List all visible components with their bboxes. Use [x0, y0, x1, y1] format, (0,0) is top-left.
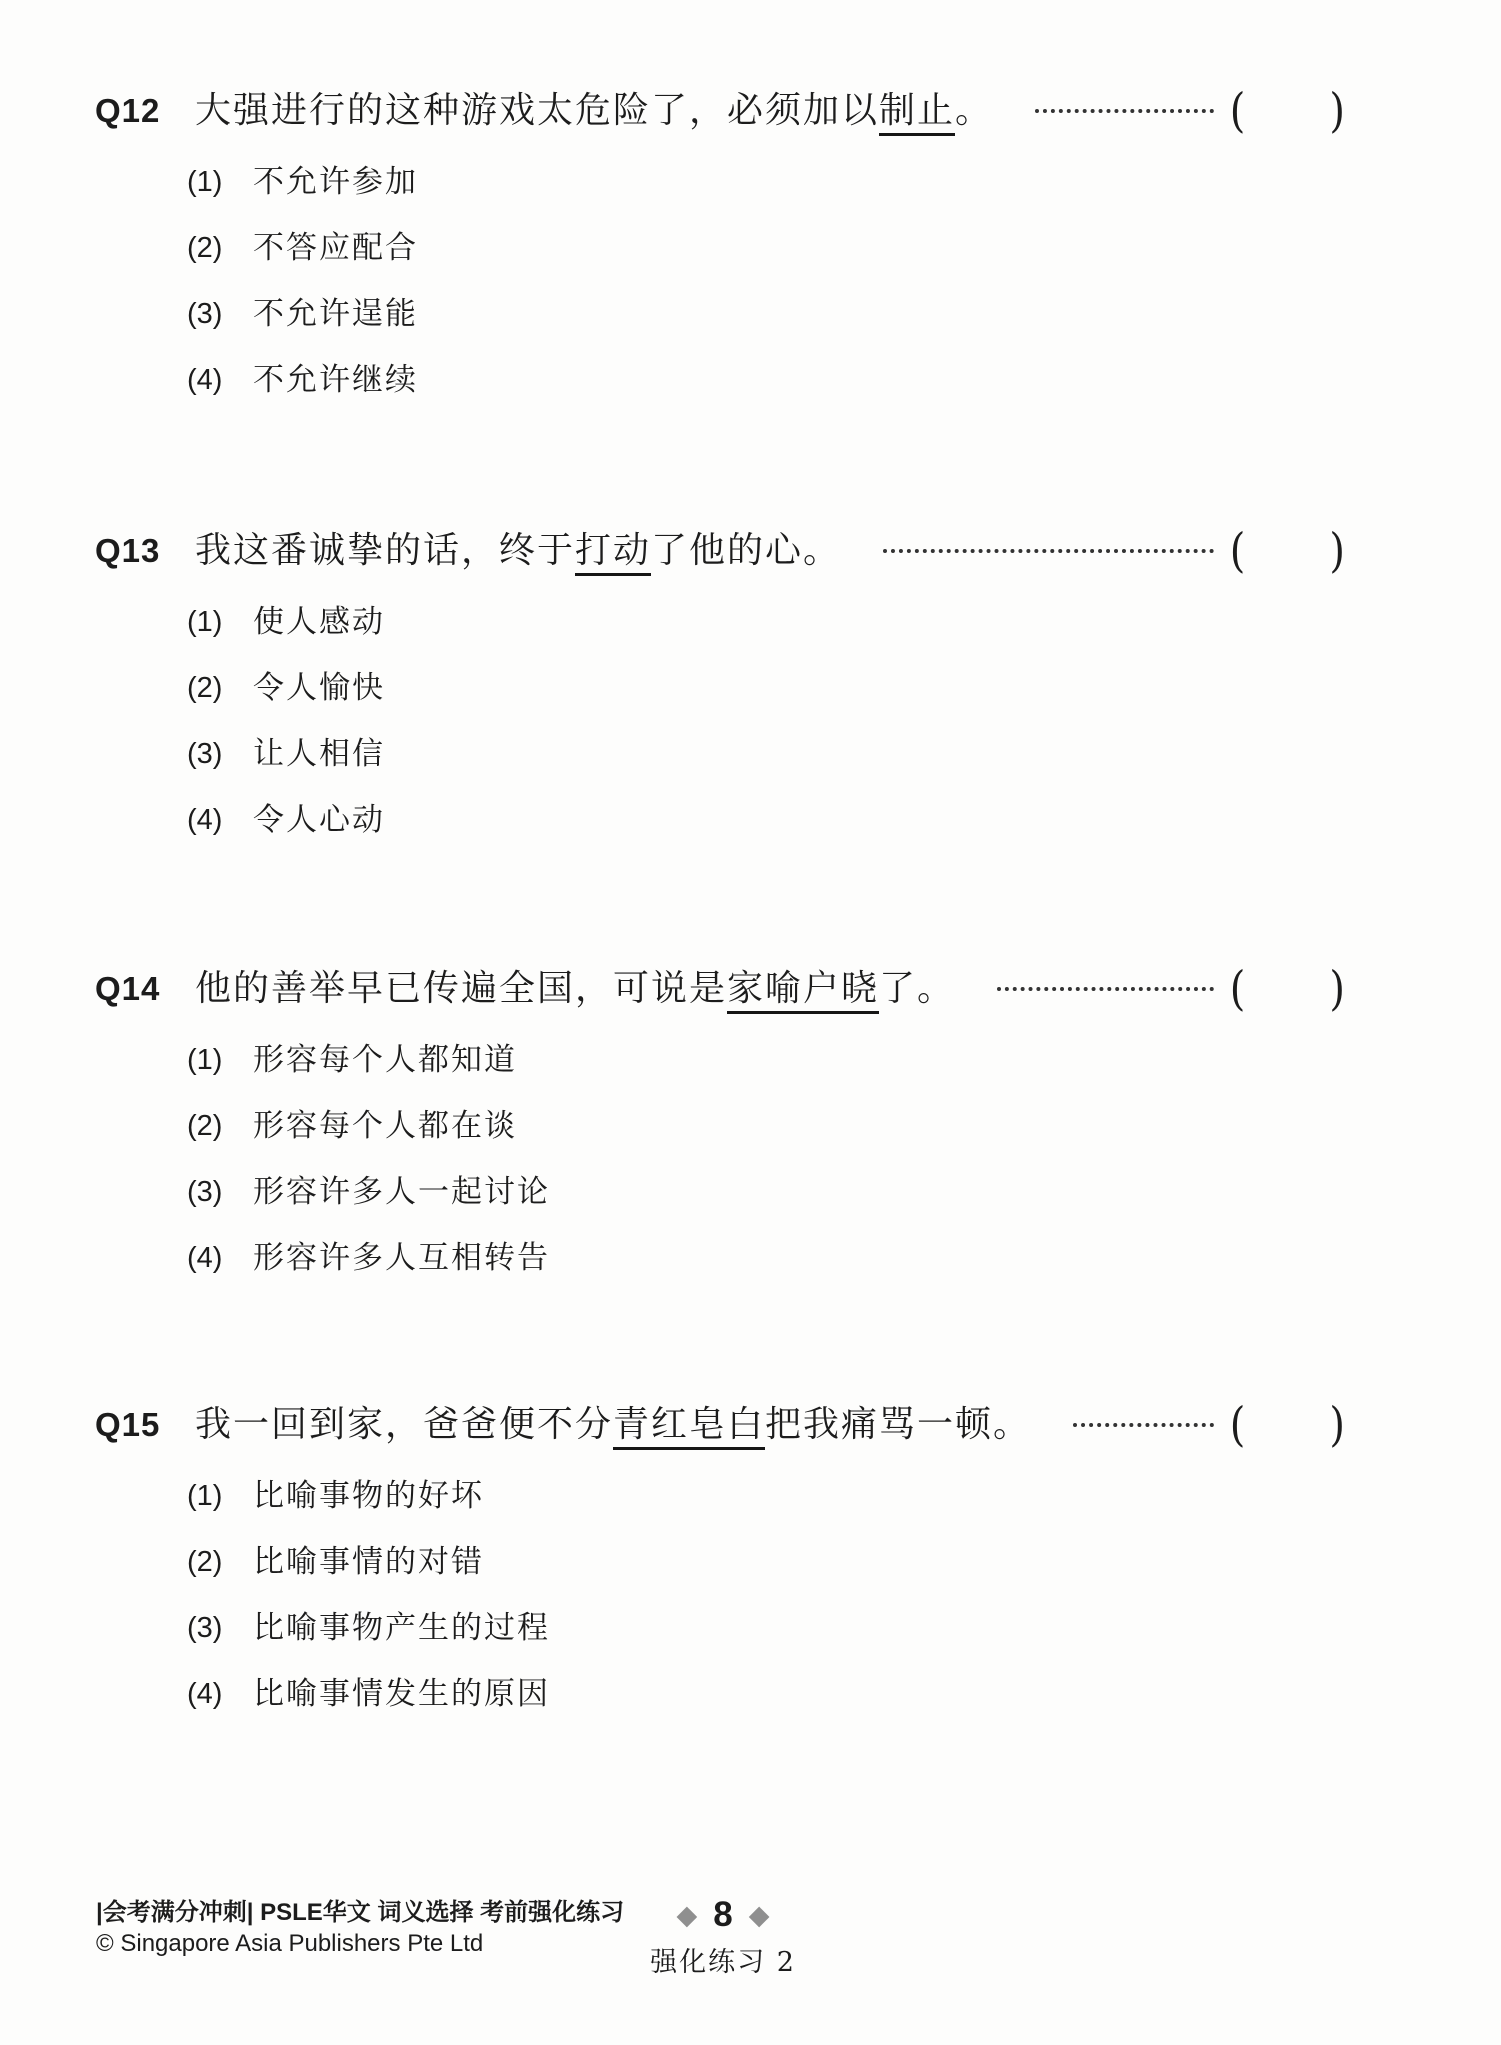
sentence-post: 把我痛骂一顿。	[765, 1404, 1031, 1445]
option-number: (1)	[187, 1040, 253, 1077]
option-number: (4)	[187, 800, 253, 837]
sentence-pre: 他的善举早已传遍全国，可说是	[195, 968, 727, 1009]
sentence-post: 了。	[879, 968, 955, 1009]
underlined-term: 青红皂白	[613, 1404, 765, 1450]
underlined-term: 家喻户晓	[727, 968, 879, 1014]
question-block-q15: Q15 我一回到家，爸爸便不分青红皂白把我痛骂一顿。 () (1)比喻事物的好坏…	[95, 1402, 1345, 1740]
option-number: (4)	[187, 360, 253, 397]
diamond-icon: ◆	[677, 1902, 698, 1929]
option-row: (2)比喻事情的对错	[187, 1542, 1345, 1582]
options-list: (1)形容每个人都知道 (2)形容每个人都在谈 (3)形容许多人一起讨论 (4)…	[95, 1040, 1345, 1278]
option-number: (3)	[187, 1608, 253, 1645]
open-paren: (	[1230, 524, 1246, 578]
options-list: (1)比喻事物的好坏 (2)比喻事情的对错 (3)比喻事物产生的过程 (4)比喻…	[95, 1476, 1345, 1714]
option-text: 令人心动	[253, 800, 385, 840]
option-text: 使人感动	[253, 602, 385, 642]
footer-series-title: |会考满分冲刺| PSLE华文 词义选择 考前强化练习	[96, 1899, 624, 1927]
worksheet-page: Q12 大强进行的这种游戏太危险了，必须加以制止。 () (1)不允许参加 (2…	[0, 0, 1501, 2045]
question-block-q14: Q14 他的善举早已传遍全国，可说是家喻户晓了。 () (1)形容每个人都知道 …	[95, 966, 1345, 1304]
option-number: (1)	[187, 602, 253, 639]
diamond-icon: ◆	[749, 1902, 770, 1929]
answer-slot: ()	[1230, 966, 1345, 1012]
option-text: 形容许多人一起讨论	[253, 1172, 550, 1212]
option-row: (4)比喻事情发生的原因	[187, 1674, 1345, 1714]
answer-slot: ()	[1230, 528, 1345, 574]
option-text: 不答应配合	[253, 228, 418, 268]
option-number: (3)	[187, 1172, 253, 1209]
dot-leader	[997, 987, 1214, 991]
option-text: 形容每个人都知道	[253, 1040, 517, 1080]
option-text: 比喻事情发生的原因	[253, 1674, 550, 1714]
underlined-term: 打动	[575, 530, 651, 576]
option-row: (1)比喻事物的好坏	[187, 1476, 1345, 1516]
option-row: (3)不允许逞能	[187, 294, 1345, 334]
option-number: (2)	[187, 1542, 253, 1579]
option-row: (2)不答应配合	[187, 228, 1345, 268]
option-row: (4)形容许多人互相转告	[187, 1238, 1345, 1278]
option-row: (1)使人感动	[187, 602, 1345, 642]
question-number: Q14	[95, 966, 195, 1008]
option-row: (3)形容许多人一起讨论	[187, 1172, 1345, 1212]
sentence-post: 。	[955, 90, 993, 131]
question-sentence: 他的善举早已传遍全国，可说是家喻户晓了。	[195, 966, 955, 1012]
question-row: Q15 我一回到家，爸爸便不分青红皂白把我痛骂一顿。 ()	[95, 1402, 1345, 1448]
option-text: 比喻事物产生的过程	[253, 1608, 550, 1648]
open-paren: (	[1230, 962, 1246, 1016]
option-text: 形容每个人都在谈	[253, 1106, 517, 1146]
option-text: 不允许逞能	[253, 294, 418, 334]
dot-leader	[1035, 109, 1214, 113]
option-text: 让人相信	[253, 734, 385, 774]
option-number: (4)	[187, 1238, 253, 1275]
question-sentence: 大强进行的这种游戏太危险了，必须加以制止。	[195, 88, 993, 134]
option-number: (1)	[187, 1476, 253, 1513]
close-paren: )	[1329, 962, 1345, 1016]
question-block-q12: Q12 大强进行的这种游戏太危险了，必须加以制止。 () (1)不允许参加 (2…	[95, 88, 1345, 426]
dot-leader	[883, 549, 1214, 553]
option-row: (2)令人愉快	[187, 668, 1345, 708]
question-row: Q12 大强进行的这种游戏太危险了，必须加以制止。 ()	[95, 88, 1345, 134]
question-number: Q15	[95, 1402, 195, 1444]
option-number: (3)	[187, 734, 253, 771]
sentence-pre: 我一回到家，爸爸便不分	[195, 1404, 613, 1445]
option-text: 令人愉快	[253, 668, 385, 708]
option-row: (3)让人相信	[187, 734, 1345, 774]
footer-imprint: |会考满分冲刺| PSLE华文 词义选择 考前强化练习 © Singapore …	[96, 1899, 624, 1957]
option-row: (4)令人心动	[187, 800, 1345, 840]
close-paren: )	[1329, 524, 1345, 578]
question-row: Q14 他的善举早已传遍全国，可说是家喻户晓了。 ()	[95, 966, 1345, 1012]
open-paren: (	[1230, 84, 1246, 138]
option-number: (3)	[187, 294, 253, 331]
close-paren: )	[1329, 84, 1345, 138]
option-text: 比喻事情的对错	[253, 1542, 484, 1582]
sentence-post: 了他的心。	[651, 530, 841, 571]
sentence-pre: 大强进行的这种游戏太危险了，必须加以	[195, 90, 879, 131]
option-text: 不允许参加	[253, 162, 418, 202]
question-row: Q13 我这番诚挚的话，终于打动了他的心。 ()	[95, 528, 1345, 574]
question-block-q13: Q13 我这番诚挚的话，终于打动了他的心。 () (1)使人感动 (2)令人愉快…	[95, 528, 1345, 866]
option-row: (3)比喻事物产生的过程	[187, 1608, 1345, 1648]
footer-section-label: 强化练习 2	[618, 1940, 828, 1979]
option-number: (2)	[187, 1106, 253, 1143]
options-list: (1)不允许参加 (2)不答应配合 (3)不允许逞能 (4)不允许继续	[95, 162, 1345, 400]
dot-leader	[1073, 1423, 1214, 1427]
option-row: (1)形容每个人都知道	[187, 1040, 1345, 1080]
page-number: 8	[713, 1897, 732, 1933]
answer-slot: ()	[1230, 88, 1345, 134]
question-sentence: 我一回到家，爸爸便不分青红皂白把我痛骂一顿。	[195, 1402, 1031, 1448]
close-paren: )	[1329, 1398, 1345, 1452]
question-number: Q12	[95, 88, 195, 130]
option-text: 比喻事物的好坏	[253, 1476, 484, 1516]
option-row: (2)形容每个人都在谈	[187, 1106, 1345, 1146]
footer-copyright: © Singapore Asia Publishers Pte Ltd	[96, 1930, 624, 1958]
question-sentence: 我这番诚挚的话，终于打动了他的心。	[195, 528, 841, 574]
option-number: (2)	[187, 668, 253, 705]
option-number: (2)	[187, 228, 253, 265]
footer-page-block: ◆ 8 ◆ 强化练习 2	[618, 1897, 828, 1979]
option-row: (4)不允许继续	[187, 360, 1345, 400]
option-row: (1)不允许参加	[187, 162, 1345, 202]
sentence-pre: 我这番诚挚的话，终于	[195, 530, 575, 571]
option-text: 不允许继续	[253, 360, 418, 400]
option-text: 形容许多人互相转告	[253, 1238, 550, 1278]
option-number: (4)	[187, 1674, 253, 1711]
question-number: Q13	[95, 528, 195, 570]
options-list: (1)使人感动 (2)令人愉快 (3)让人相信 (4)令人心动	[95, 602, 1345, 840]
underlined-term: 制止	[879, 90, 955, 136]
answer-slot: ()	[1230, 1402, 1345, 1448]
page-number-row: ◆ 8 ◆	[618, 1897, 828, 1933]
option-number: (1)	[187, 162, 253, 199]
open-paren: (	[1230, 1398, 1246, 1452]
